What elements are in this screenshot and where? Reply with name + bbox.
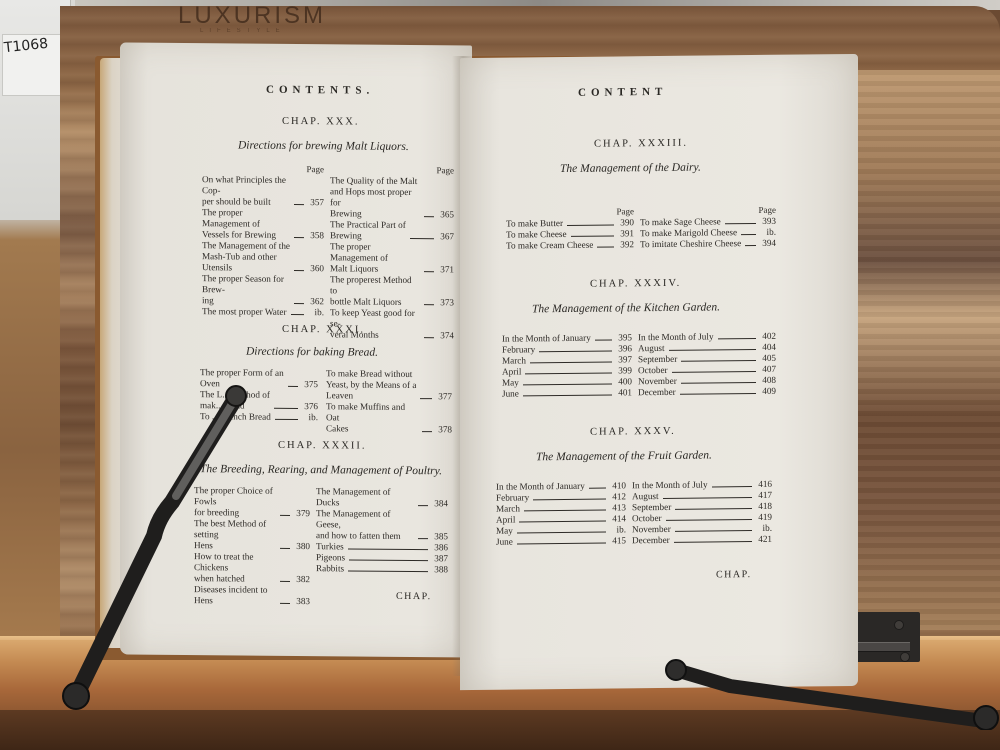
toc-entry-title: The proper Choice of Fowls for breeding bbox=[194, 485, 276, 519]
toc-entry: To make Bread without Yeast, by the Mean… bbox=[326, 368, 452, 402]
leader-rule bbox=[680, 393, 756, 395]
toc-entry-page: 379 bbox=[294, 508, 310, 519]
leader-rule bbox=[675, 530, 752, 532]
toc-entry-page: ib. bbox=[308, 307, 324, 318]
toc-entry-page: 386 bbox=[432, 542, 448, 553]
toc-chapter-35: In the Month of January410February412Mar… bbox=[496, 479, 776, 562]
toc-entry-page: 362 bbox=[308, 296, 324, 307]
toc-entry-page: 408 bbox=[760, 375, 776, 386]
leader-rule bbox=[424, 304, 434, 305]
toc-chapter-34: In the Month of January395February396Mar… bbox=[502, 331, 776, 414]
toc-entry-page: 388 bbox=[432, 564, 448, 575]
toc-entry-title: The properest Method to bottle Malt Liqu… bbox=[330, 274, 420, 308]
leader-rule bbox=[674, 541, 752, 543]
toc-entry-title: February bbox=[496, 492, 529, 503]
toc-entry: The proper Form of an Oven375 bbox=[200, 367, 318, 390]
leader-rule bbox=[280, 603, 290, 604]
toc-entry-title: The Quality of the Malt and Hops most pr… bbox=[330, 175, 420, 220]
table-surface bbox=[0, 710, 1000, 750]
leader-rule bbox=[288, 386, 298, 387]
toc-entry-page: 419 bbox=[756, 512, 772, 523]
toc-entry-page: ib. bbox=[760, 227, 776, 238]
leader-rule bbox=[524, 510, 606, 512]
toc-entry-page: 378 bbox=[436, 424, 452, 435]
toc-entry-page: 358 bbox=[308, 230, 324, 241]
toc-entry-title: To make Sage Cheese bbox=[640, 216, 721, 228]
toc-entry-title: To make Cream Cheese bbox=[506, 240, 593, 252]
toc-entry-title: The Management of the Mash-Tub and other… bbox=[202, 240, 290, 274]
toc-entry-title: The best Method of setting Hens bbox=[194, 518, 276, 552]
toc-entry: To imitate Cheshire Cheese394 bbox=[640, 238, 776, 250]
catchword: CHAP. bbox=[396, 591, 432, 602]
toc-entry: The Practical Part of Brewing367 bbox=[330, 219, 454, 242]
leader-rule bbox=[675, 508, 752, 510]
toc-entry-title: June bbox=[496, 537, 513, 548]
toc-entry-page: 375 bbox=[302, 379, 318, 390]
chapter-title: The Management of the Fruit Garden. bbox=[536, 449, 712, 463]
leader-rule bbox=[410, 238, 434, 239]
toc-entry-title: May bbox=[496, 526, 513, 537]
toc-entry-title: June bbox=[502, 388, 519, 399]
leader-rule bbox=[348, 570, 428, 572]
right-page: CONTENT CHAP. XXXIII. The Management of … bbox=[460, 54, 858, 690]
leader-rule bbox=[418, 538, 428, 539]
toc-entry: How to treat the Chickens when hatched38… bbox=[194, 551, 310, 585]
toc-entry: The proper Management of Vessels for Bre… bbox=[202, 207, 324, 241]
leader-rule bbox=[718, 338, 756, 339]
chapter-title: Directions for baking Bread. bbox=[246, 346, 378, 359]
toc-entry-title: March bbox=[496, 503, 520, 514]
toc-entry: The L... Method of mak... ...ead376 bbox=[200, 389, 318, 412]
toc-entry: Rabbits388 bbox=[316, 563, 448, 575]
toc-entry: December421 bbox=[632, 534, 772, 546]
toc-entry-page: 402 bbox=[760, 331, 776, 342]
toc-entry-title: On what Principles the Cop- per should b… bbox=[202, 174, 290, 208]
toc-entry-title: December bbox=[638, 387, 676, 398]
book-stand-panel bbox=[852, 70, 1000, 630]
toc-entry-title: October bbox=[632, 513, 662, 524]
toc-entry: The Quality of the Malt and Hops most pr… bbox=[330, 175, 454, 220]
toc-entry-title: September bbox=[632, 502, 671, 513]
toc-entry-title: To ... French Bread bbox=[200, 411, 271, 423]
leader-rule bbox=[533, 499, 606, 501]
toc-entry-page: 421 bbox=[756, 534, 772, 545]
leader-rule bbox=[420, 398, 432, 399]
leader-rule bbox=[530, 361, 612, 363]
toc-entry-page: 409 bbox=[760, 386, 776, 397]
leader-rule bbox=[280, 581, 290, 582]
toc-entry: To make Muffins and Oat Cakes378 bbox=[326, 401, 452, 435]
leader-rule bbox=[681, 360, 756, 362]
toc-entry-page: 384 bbox=[432, 498, 448, 509]
toc-entry: June415 bbox=[496, 535, 626, 547]
toc-entry: On what Principles the Cop- per should b… bbox=[202, 174, 324, 208]
toc-entry-page: 401 bbox=[616, 387, 632, 398]
leader-rule bbox=[589, 488, 606, 489]
toc-entry: The Management of Ducks384 bbox=[316, 486, 448, 509]
leader-rule bbox=[280, 548, 290, 549]
leader-rule bbox=[571, 235, 614, 236]
toc-entry-title: April bbox=[496, 515, 515, 526]
leader-rule bbox=[418, 505, 428, 506]
toc-entry: June401 bbox=[502, 387, 632, 399]
toc-entry-title: September bbox=[638, 354, 677, 365]
toc-entry-title: To make Cheese bbox=[506, 229, 567, 241]
toc-entry-title: Turkies bbox=[316, 541, 344, 552]
leader-rule bbox=[681, 382, 756, 384]
leader-rule bbox=[275, 419, 298, 420]
toc-entry-page: 414 bbox=[610, 513, 626, 524]
toc-entry-page: 399 bbox=[616, 365, 632, 376]
toc-entry: To ... French Breadib. bbox=[200, 411, 318, 423]
chapter-number: CHAP. XXXIV. bbox=[590, 278, 681, 290]
leader-rule bbox=[517, 532, 606, 534]
toc-entry-title: The Management of Ducks bbox=[316, 486, 414, 509]
catchword: CHAP. bbox=[716, 569, 752, 580]
toc-entry-title: To imitate Cheshire Cheese bbox=[640, 238, 741, 250]
leader-rule bbox=[294, 303, 304, 304]
leader-rule bbox=[725, 223, 756, 224]
toc-entry-title: Diseases incident to Hens bbox=[194, 584, 276, 607]
toc-entry-page: 397 bbox=[616, 354, 632, 365]
toc-entry-page: 391 bbox=[618, 228, 634, 239]
toc-entry-title: March bbox=[502, 355, 526, 366]
toc-entry-page: 416 bbox=[756, 479, 772, 490]
toc-chapter-33: PageTo make Butter390To make Cheese391To… bbox=[506, 205, 776, 258]
toc-entry-page: ib. bbox=[756, 523, 772, 534]
toc-entry-page: 385 bbox=[432, 531, 448, 542]
toc-entry: The Management of Geese, and how to fatt… bbox=[316, 508, 448, 542]
chapter-number: CHAP. XXXV. bbox=[590, 426, 676, 438]
toc-entry-page: 413 bbox=[610, 502, 626, 513]
toc-entry: The properest Method to bottle Malt Liqu… bbox=[330, 274, 454, 308]
running-head: CONTENT bbox=[578, 86, 667, 99]
toc-entry-title: May bbox=[502, 377, 519, 388]
toc-entry-title: February bbox=[502, 344, 535, 355]
toc-entry-title: In the Month of July bbox=[632, 479, 708, 491]
toc-entry-title: December bbox=[632, 535, 670, 546]
toc-entry-page: 417 bbox=[756, 490, 772, 501]
toc-entry-page: 415 bbox=[610, 535, 626, 546]
toc-entry-title: Rabbits bbox=[316, 563, 344, 574]
toc-entry-page: 357 bbox=[308, 197, 324, 208]
toc-entry-page: 405 bbox=[760, 353, 776, 364]
toc-entry-page: 394 bbox=[760, 238, 776, 249]
toc-entry: Diseases incident to Hens383 bbox=[194, 584, 310, 607]
toc-entry-page: 376 bbox=[302, 401, 318, 412]
toc-chapter-31: The proper Form of an Oven375The L... Me… bbox=[200, 367, 450, 449]
toc-entry-title: November bbox=[632, 524, 671, 535]
toc-entry-title: How to treat the Chickens when hatched bbox=[194, 551, 276, 585]
toc-entry-title: April bbox=[502, 366, 521, 377]
toc-entry-title: The L... Method of mak... ...ead bbox=[200, 389, 270, 412]
toc-entry-page: 412 bbox=[610, 491, 626, 502]
chapter-number: CHAP. XXXII. bbox=[278, 440, 366, 452]
leader-rule bbox=[712, 486, 752, 487]
toc-entry-page: ib. bbox=[610, 524, 626, 535]
leader-rule bbox=[519, 521, 606, 523]
toc-entry-title: November bbox=[638, 376, 677, 387]
toc-entry-title: October bbox=[638, 365, 668, 376]
toc-entry-page: 360 bbox=[308, 263, 324, 274]
chapter-title: The Breeding, Rearing, and Management of… bbox=[200, 463, 442, 477]
chapter-number: CHAP. XXXIII. bbox=[594, 138, 688, 150]
leader-rule bbox=[517, 543, 606, 545]
toc-entry: To make Cream Cheese392 bbox=[506, 239, 634, 251]
toc-entry-title: The proper Management of Malt Liquors bbox=[330, 241, 420, 275]
leader-rule bbox=[663, 497, 752, 499]
toc-entry-page: 418 bbox=[756, 501, 772, 512]
toc-entry: The proper Choice of Fowls for breeding3… bbox=[194, 485, 310, 519]
toc-entry-title: To make Bread without Yeast, by the Mean… bbox=[326, 368, 416, 402]
leader-rule bbox=[672, 371, 756, 373]
toc-entry-title: August bbox=[632, 491, 659, 502]
leader-rule bbox=[523, 394, 612, 396]
leader-rule bbox=[349, 559, 428, 561]
leader-rule bbox=[424, 216, 434, 217]
toc-entry: The proper Season for Brew- ing362 bbox=[202, 273, 324, 307]
toc-entry-page: ib. bbox=[302, 412, 318, 423]
toc-entry-page: 377 bbox=[436, 391, 452, 402]
toc-entry-page: 395 bbox=[616, 332, 632, 343]
toc-entry-title: Pigeons bbox=[316, 552, 345, 563]
toc-entry-page: 392 bbox=[618, 239, 634, 250]
leader-rule bbox=[525, 372, 612, 374]
leader-rule bbox=[595, 339, 612, 340]
toc-entry: The most proper Waterib. bbox=[202, 306, 324, 318]
leader-rule bbox=[745, 245, 756, 246]
toc-entry-title: The Management of Geese, and how to fatt… bbox=[316, 508, 414, 542]
leader-rule bbox=[424, 271, 434, 272]
toc-entry-title: To make Butter bbox=[506, 218, 563, 230]
chapter-title: The Management of the Dairy. bbox=[560, 162, 701, 175]
leader-rule bbox=[741, 234, 756, 235]
toc-entry-page: 390 bbox=[618, 217, 634, 228]
toc-entry-page: 404 bbox=[760, 342, 776, 353]
toc-entry-title: The Practical Part of Brewing bbox=[330, 219, 406, 242]
toc-entry-page: 383 bbox=[294, 596, 310, 607]
toc-entry-title: In the Month of July bbox=[638, 331, 714, 343]
leader-rule bbox=[274, 408, 298, 409]
leader-rule bbox=[294, 237, 304, 238]
chapter-title: Directions for brewing Malt Liquors. bbox=[238, 139, 409, 152]
leader-rule bbox=[422, 431, 432, 432]
toc-entry-page: 380 bbox=[294, 541, 310, 552]
leader-rule bbox=[424, 337, 434, 338]
toc-entry-title: To make Muffins and Oat Cakes bbox=[326, 401, 418, 435]
toc-entry-page: 407 bbox=[760, 364, 776, 375]
leader-rule bbox=[294, 204, 304, 205]
leader-rule bbox=[567, 224, 614, 225]
leader-rule bbox=[291, 314, 304, 315]
leader-rule bbox=[597, 246, 614, 247]
chapter-title: The Management of the Kitchen Garden. bbox=[532, 301, 720, 315]
leader-rule bbox=[669, 349, 756, 351]
toc-entry-title: The most proper Water bbox=[202, 306, 287, 318]
brand-tagline: LIFESTYLE bbox=[200, 28, 286, 34]
toc-entry-page: 410 bbox=[610, 480, 626, 491]
toc-entry-title: The proper Form of an Oven bbox=[200, 367, 284, 390]
toc-entry-page: 393 bbox=[760, 216, 776, 227]
left-page: CONTENTS. CHAP. XXX. Directions for brew… bbox=[120, 42, 472, 657]
toc-entry-page: 396 bbox=[616, 343, 632, 354]
chapter-number: CHAP. XXX. bbox=[282, 116, 359, 128]
toc-chapter-30: PageOn what Principles the Cop- per shou… bbox=[202, 163, 452, 305]
leader-rule bbox=[539, 350, 612, 352]
brand-logo: LUXURISM bbox=[178, 2, 326, 30]
toc-entry: The best Method of setting Hens380 bbox=[194, 518, 310, 552]
leader-rule bbox=[523, 383, 612, 385]
toc-entry: The Management of the Mash-Tub and other… bbox=[202, 240, 324, 274]
toc-entry: The proper Management of Malt Liquors371 bbox=[330, 241, 454, 275]
toc-entry-page: 387 bbox=[432, 553, 448, 564]
chapter-number: CHAP. XXXI. bbox=[282, 324, 365, 336]
running-head: CONTENTS. bbox=[266, 84, 374, 97]
toc-entry-title: The proper Season for Brew- ing bbox=[202, 273, 290, 307]
toc-entry-page: 382 bbox=[294, 574, 310, 585]
toc-entry-title: The proper Management of Vessels for Bre… bbox=[202, 207, 290, 241]
leader-rule bbox=[280, 515, 290, 516]
leader-rule bbox=[348, 548, 428, 550]
leader-rule bbox=[666, 519, 752, 521]
toc-entry-title: August bbox=[638, 343, 665, 354]
toc-entry: December409 bbox=[638, 386, 776, 398]
toc-chapter-32: The proper Choice of Fowls for breeding3… bbox=[194, 485, 454, 597]
toc-entry-page: 400 bbox=[616, 376, 632, 387]
leader-rule bbox=[294, 270, 304, 271]
